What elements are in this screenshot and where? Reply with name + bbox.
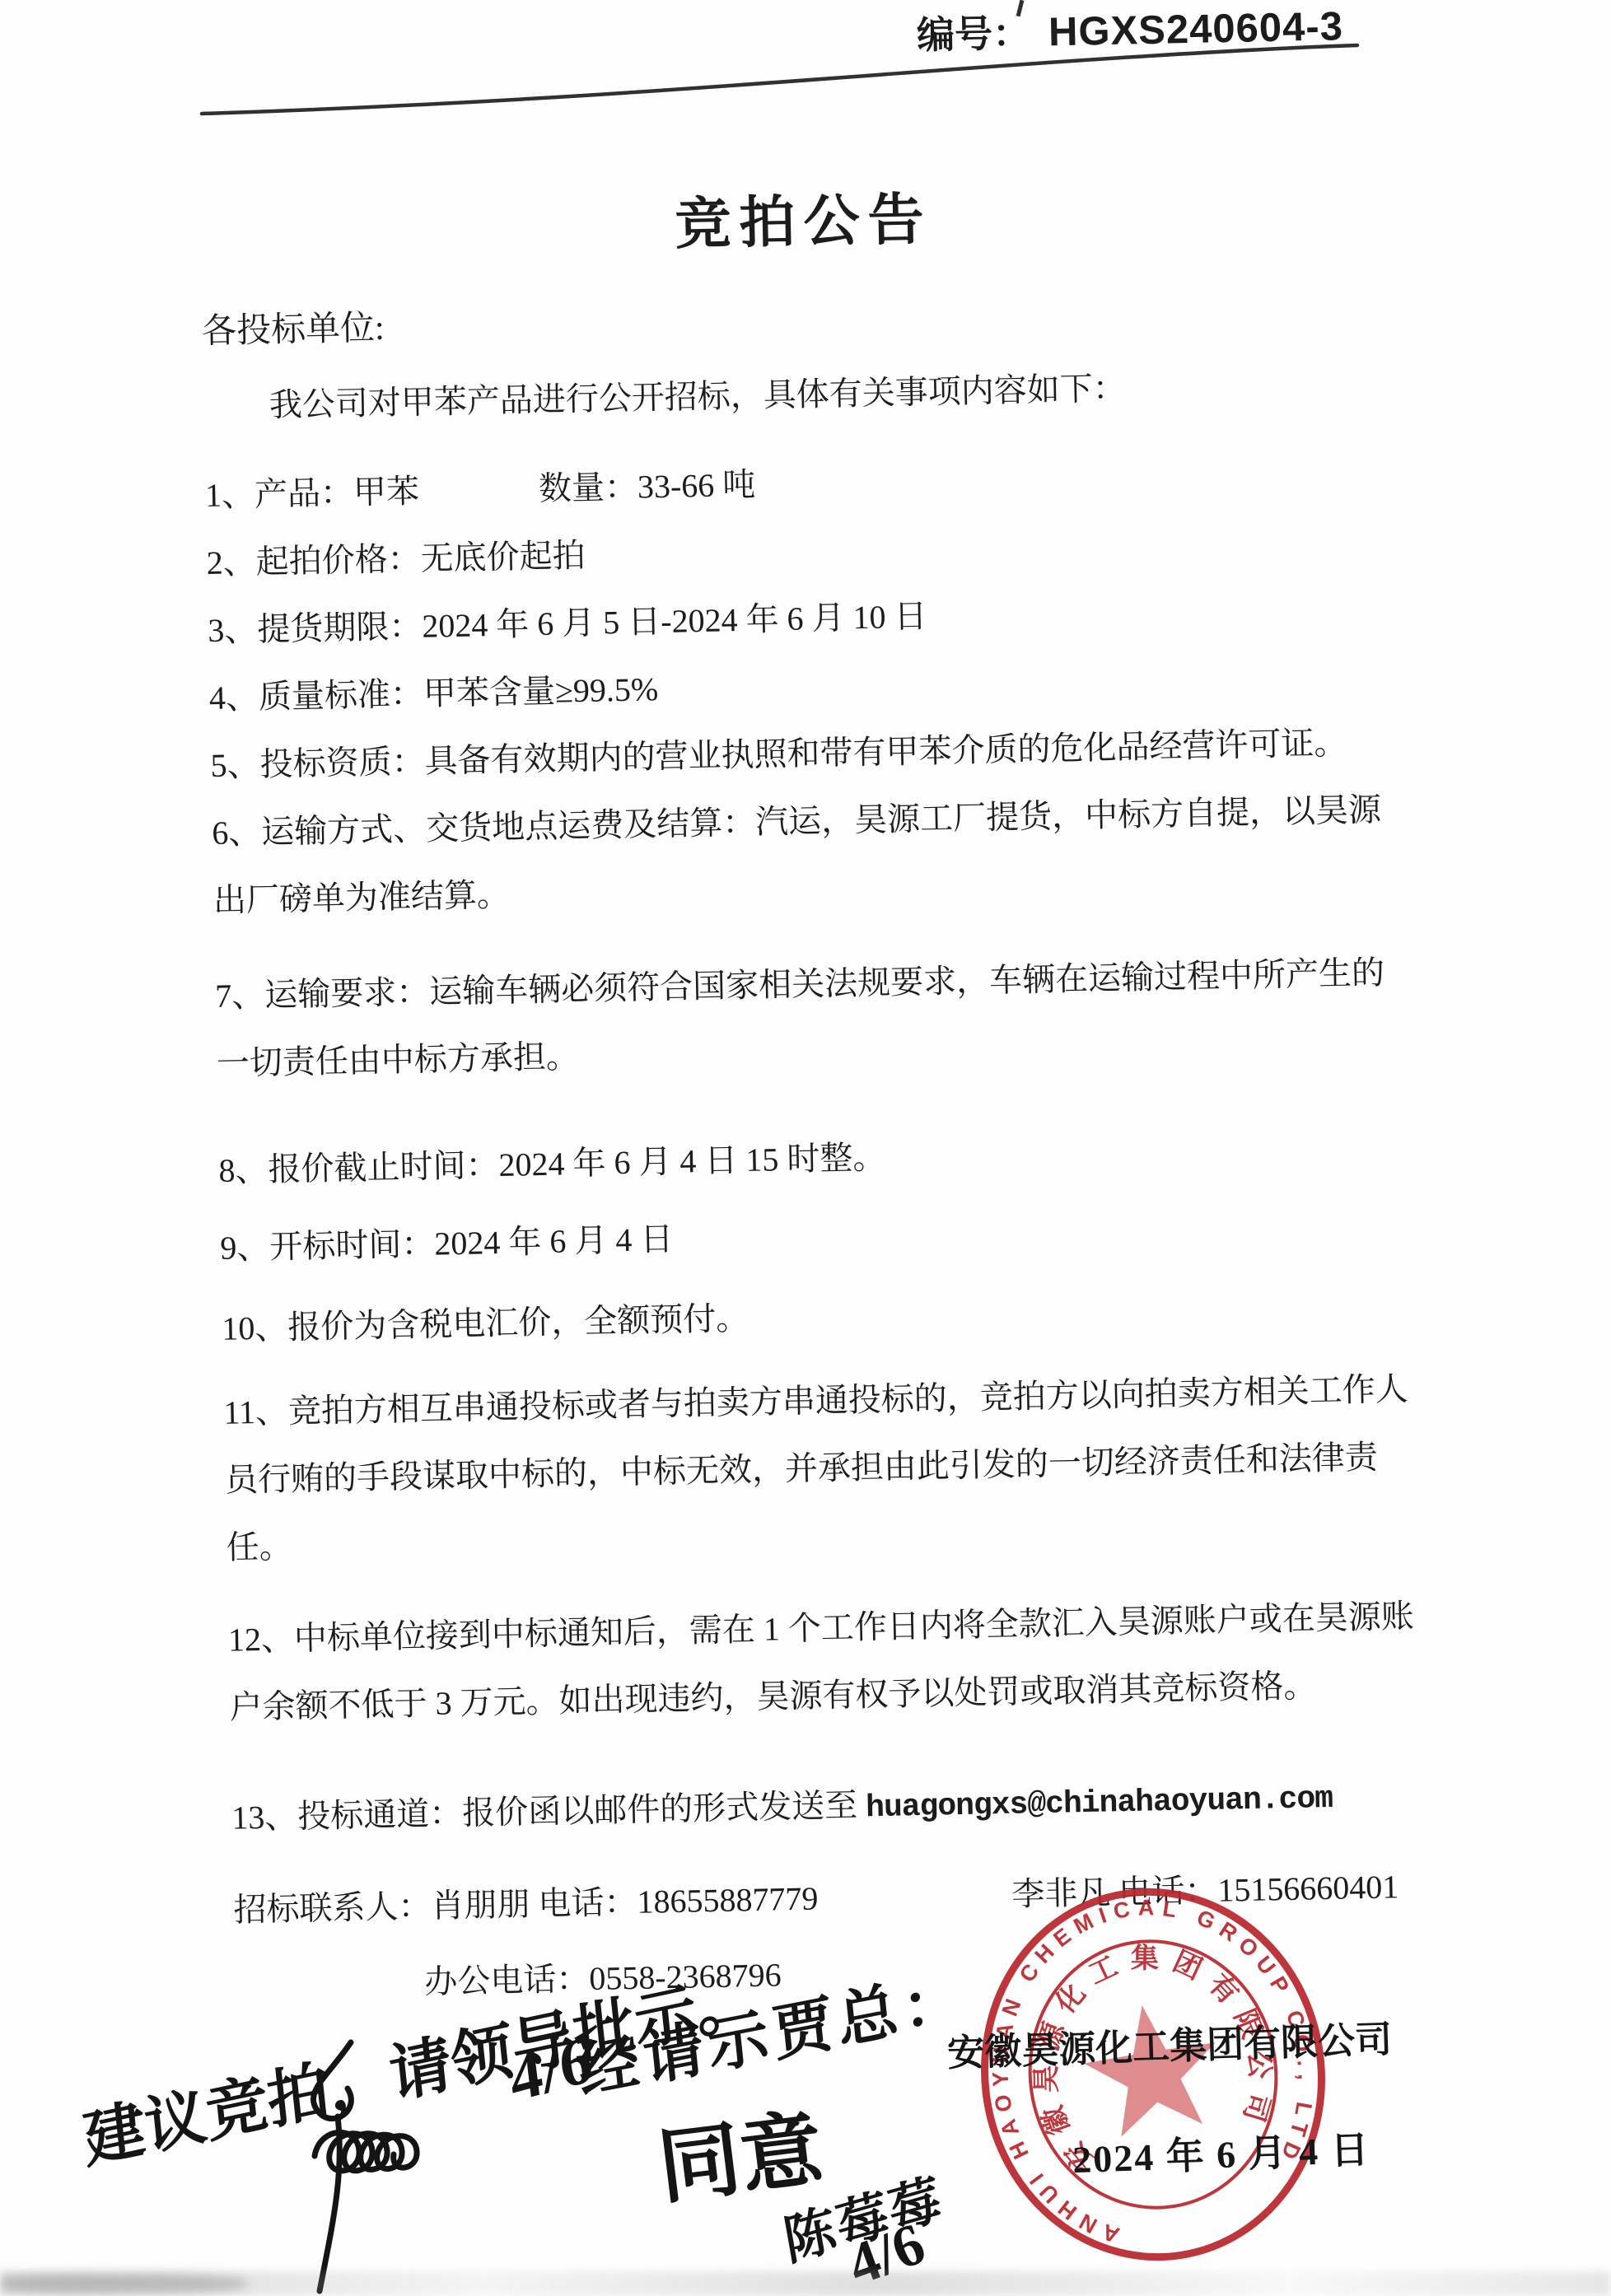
typed-content: 编号：HGXS240604-3 竞拍公告 各投标单位: 我公司对甲苯产品进行公开… bbox=[0, 0, 1611, 2023]
clause-13-text: 13、投标通道：报价函以邮件的形式发送至 bbox=[231, 1786, 866, 1836]
clause-1-product: 1、产品：甲苯 bbox=[204, 455, 539, 530]
clause-13: 13、投标通道：报价函以邮件的形式发送至 huagongxs@chinahaoy… bbox=[231, 1761, 1430, 1854]
clause-12: 12、中标单位接到中标通知后，需在 1 个工作日内将全款汇入昊源账户或在昊源账户… bbox=[227, 1583, 1428, 1742]
clause-8: 8、报价截止时间：2024 年 6 月 4 日 15 时整。 bbox=[218, 1113, 1417, 1205]
scan-edge-smudge bbox=[0, 2275, 247, 2293]
document-body: 各投标单位: 我公司对甲苯产品进行公开招标，具体有关事项内容如下： 1、产品：甲… bbox=[201, 280, 1434, 2020]
clause-6: 6、运输方式、交货地点运费及结算：汽运，昊源工厂提货，中标方自提，以昊源出厂磅单… bbox=[211, 776, 1412, 935]
clause-1-quantity: 数量：33-66 吨 bbox=[539, 466, 756, 507]
clause-11: 11、竞拍方相互串通投标或者与拍卖方串通投标的，竞拍方以向拍卖方相关工作人员行贿… bbox=[223, 1356, 1426, 1582]
clause-10: 10、报价为含税电汇价，全额预付。 bbox=[222, 1272, 1421, 1363]
intro-paragraph: 我公司对甲苯产品进行公开招标，具体有关事项内容如下： bbox=[203, 361, 1402, 429]
signature-scribble-left bbox=[272, 2018, 626, 2296]
clause-7: 7、运输要求：运输车辆必须符合国家相关法规要求，车辆在运输过程中所产生的一切责任… bbox=[214, 939, 1415, 1098]
signing-date: 2024 年 6 月 4 日 bbox=[1072, 2120, 1371, 2185]
contact-left: 招标联系人：肖朋朋 电话：18655887779 bbox=[233, 1864, 820, 1944]
scanned-document-page: 编号：HGXS240604-3 竞拍公告 各投标单位: 我公司对甲苯产品进行公开… bbox=[0, 0, 1611, 2296]
bid-email: huagongxs@chinahaoyuan.com bbox=[866, 1781, 1333, 1826]
scan-crease-line bbox=[0, 0, 1611, 181]
salutation: 各投标单位: bbox=[201, 280, 1400, 353]
clause-9: 9、开标时间：2024 年 6 月 4 日 bbox=[220, 1191, 1419, 1282]
